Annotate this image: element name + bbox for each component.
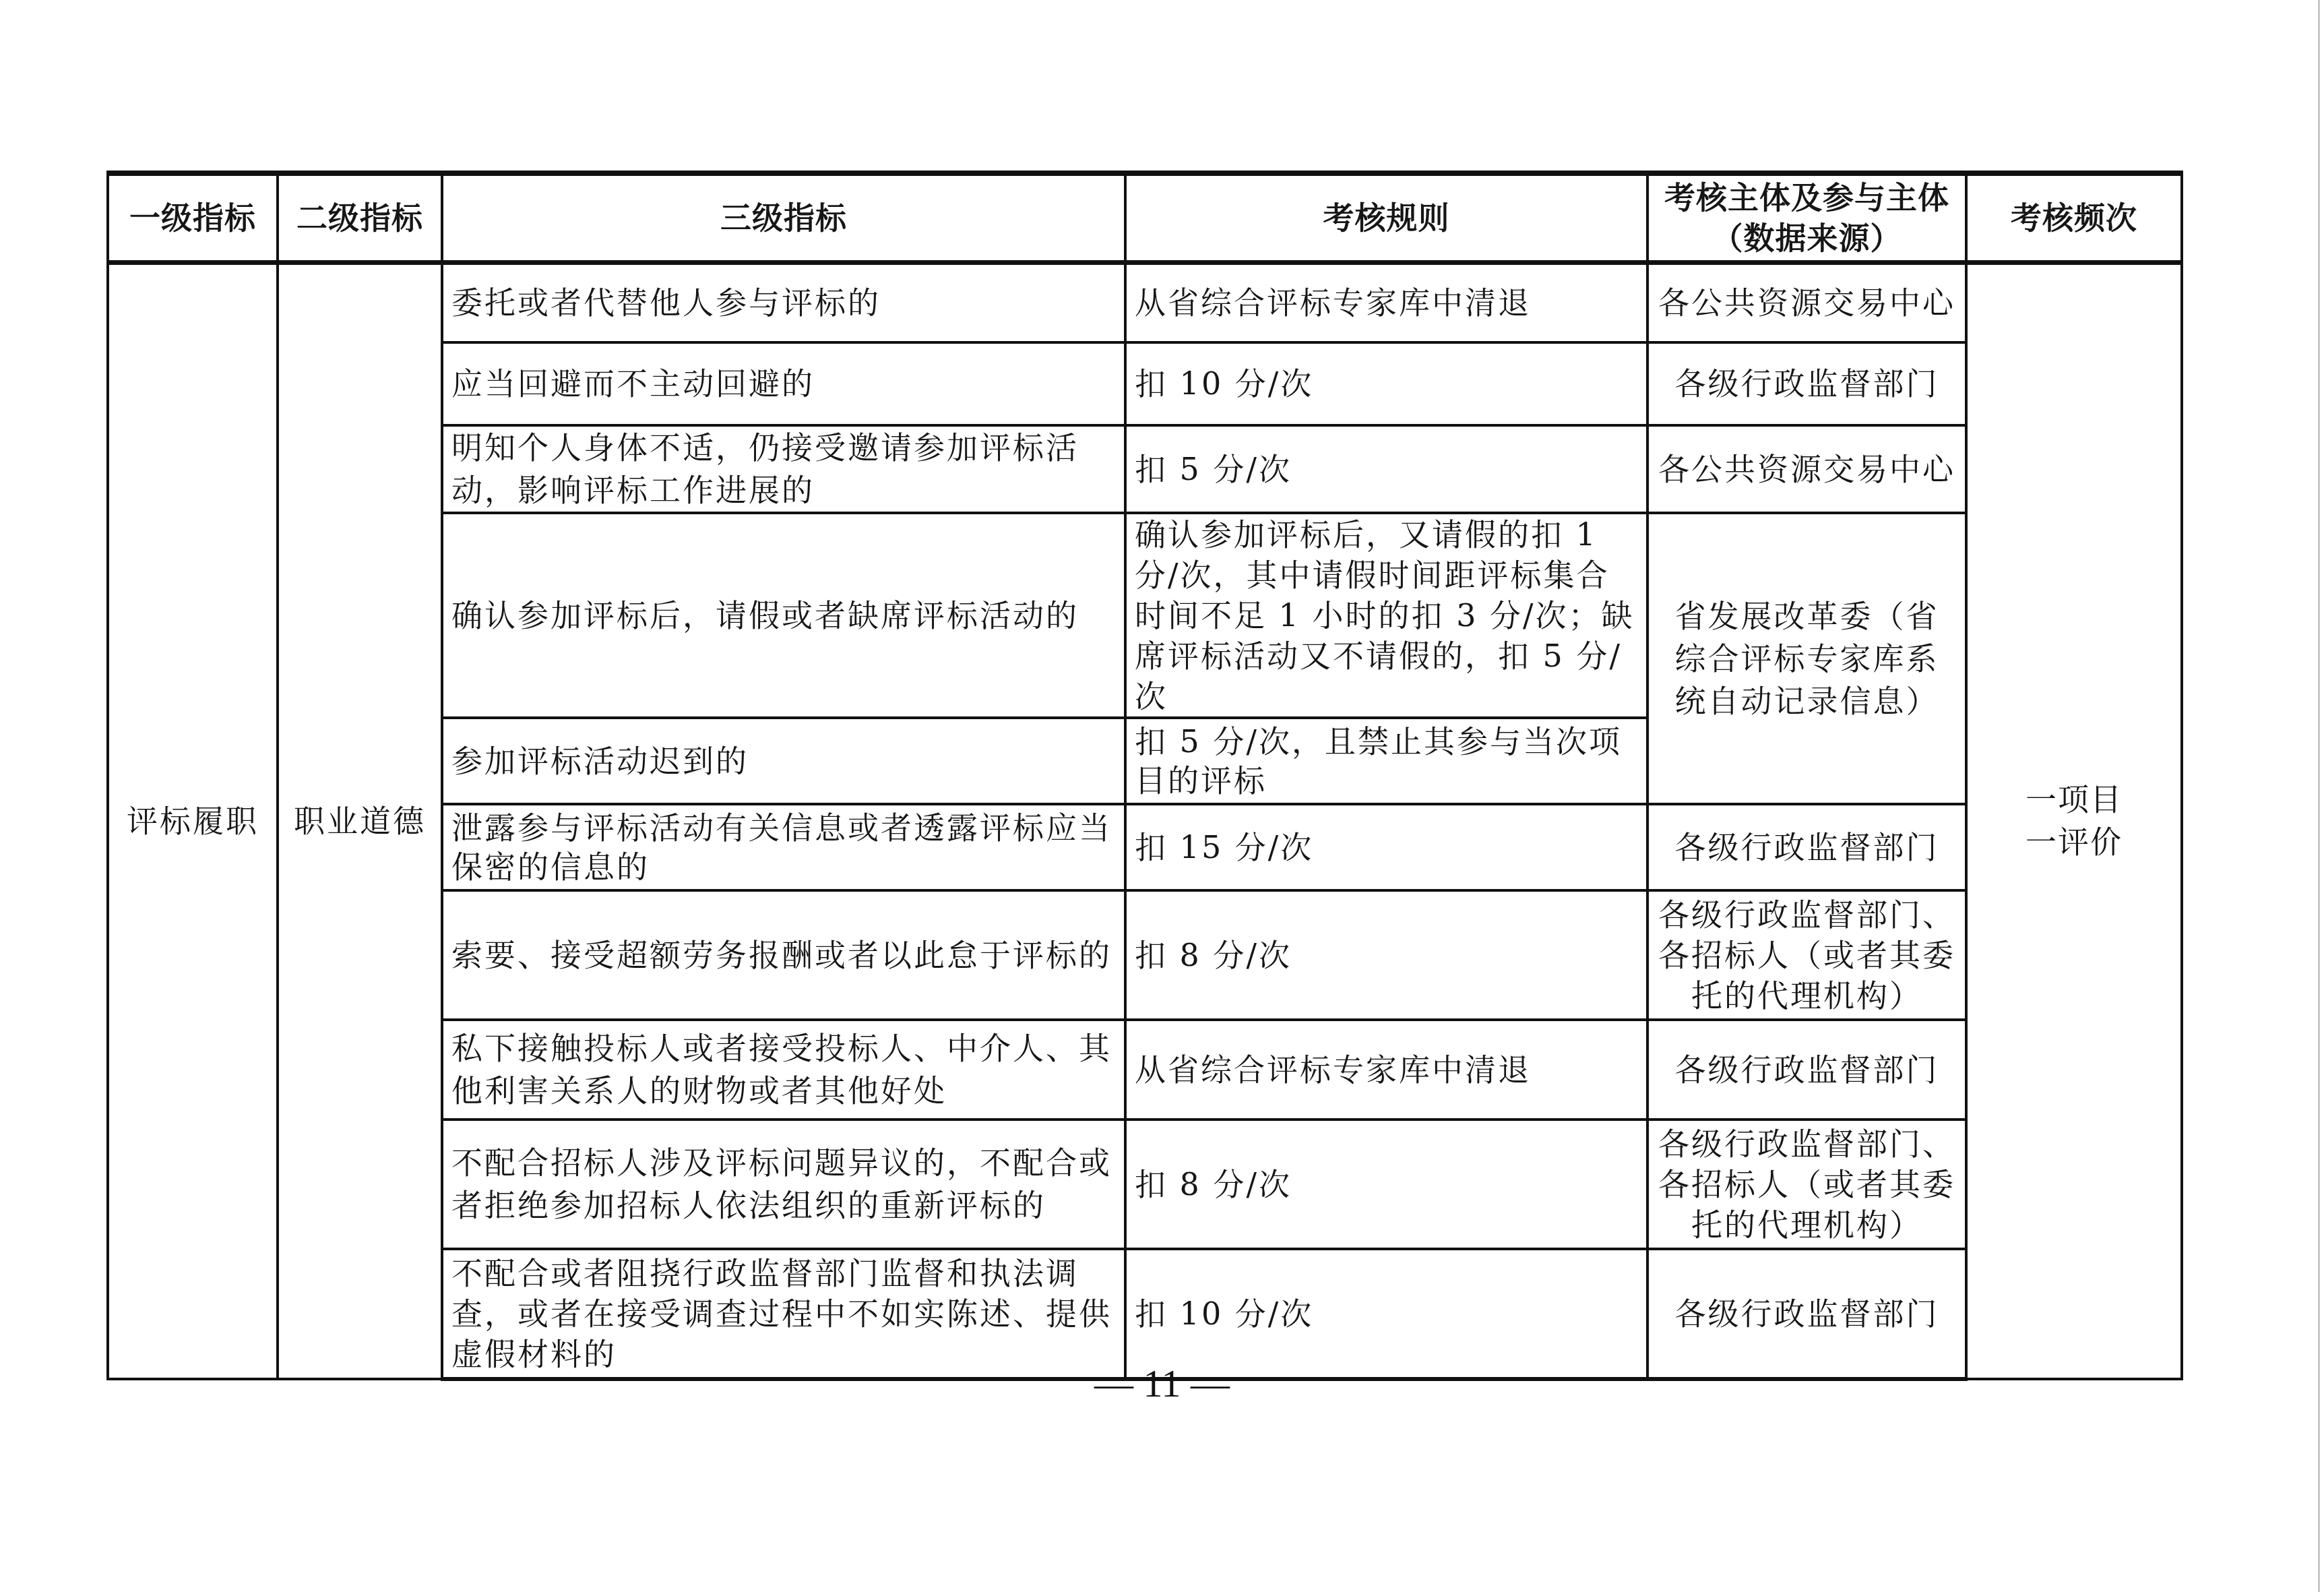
subject-cell: 各级行政监督部门、各招标人（或者其委托的代理机构） [1647, 890, 1966, 1020]
indicator-cell: 确认参加评标后，请假或者缺席评标活动的 [442, 513, 1125, 718]
header-level1: 一级指标 [108, 173, 278, 262]
rule-cell: 扣 15 分/次 [1125, 804, 1647, 890]
subject-cell: 各级行政监督部门 [1647, 1020, 1966, 1120]
level2-cell: 职业道德 [278, 262, 442, 1379]
rule-cell: 从省综合评标专家库中清退 [1125, 1020, 1647, 1120]
header-subject: 考核主体及参与主体（数据来源） [1647, 173, 1966, 262]
header-rule: 考核规则 [1125, 173, 1647, 262]
frequency-cell: 一项目 一评价 [1966, 262, 2182, 1379]
indicator-cell: 索要、接受超额劳务报酬或者以此怠于评标的 [442, 890, 1125, 1020]
header-level3: 三级指标 [442, 173, 1125, 262]
indicator-cell: 委托或者代替他人参与评标的 [442, 262, 1125, 342]
rule-cell: 扣 5 分/次 [1125, 425, 1647, 513]
indicator-cell: 应当回避而不主动回避的 [442, 342, 1125, 425]
rule-cell: 扣 8 分/次 [1125, 1120, 1647, 1249]
rule-cell: 扣 5 分/次，且禁止其参与当次项目的评标 [1125, 718, 1647, 804]
subject-cell: 各级行政监督部门 [1647, 342, 1966, 425]
indicator-cell: 不配合招标人涉及评标问题异议的，不配合或者拒绝参加招标人依法组织的重新评标的 [442, 1120, 1125, 1249]
rule-cell: 扣 10 分/次 [1125, 342, 1647, 425]
subject-cell-merged: 省发展改革委（省综合评标专家库系统自动记录信息） [1647, 513, 1966, 804]
indicator-cell: 明知个人身体不适，仍接受邀请参加评标活动，影响评标工作进展的 [442, 425, 1125, 513]
level1-cell: 评标履职 [108, 262, 278, 1379]
subject-cell: 各公共资源交易中心 [1647, 262, 1966, 342]
indicator-cell: 泄露参与评标活动有关信息或者透露评标应当保密的信息的 [442, 804, 1125, 890]
rule-cell: 扣 8 分/次 [1125, 890, 1647, 1020]
header-frequency: 考核频次 [1966, 173, 2182, 262]
header-level2: 二级指标 [278, 173, 442, 262]
table-row: 评标履职 职业道德 委托或者代替他人参与评标的 从省综合评标专家库中清退 各公共… [108, 262, 2182, 342]
indicator-cell: 参加评标活动迟到的 [442, 718, 1125, 804]
subject-cell: 各级行政监督部门、各招标人（或者其委托的代理机构） [1647, 1120, 1966, 1249]
indicator-cell: 私下接触投标人或者接受投标人、中介人、其他利害关系人的财物或者其他好处 [442, 1020, 1125, 1120]
rule-cell: 确认参加评标后，又请假的扣 1 分/次，其中请假时间距评标集合时间不足 1 小时… [1125, 513, 1647, 718]
assessment-table: 一级指标 二级指标 三级指标 考核规则 考核主体及参与主体（数据来源） 考核频次… [106, 171, 2183, 1381]
frequency-text: 一项目 一评价 [2025, 781, 2123, 860]
scan-edge [2318, 0, 2320, 1592]
subject-cell: 各级行政监督部门 [1647, 804, 1966, 890]
page-number: — 11 — [0, 1360, 2324, 1407]
rule-cell: 从省综合评标专家库中清退 [1125, 262, 1647, 342]
header-row: 一级指标 二级指标 三级指标 考核规则 考核主体及参与主体（数据来源） 考核频次 [108, 173, 2182, 262]
subject-cell: 各公共资源交易中心 [1647, 425, 1966, 513]
